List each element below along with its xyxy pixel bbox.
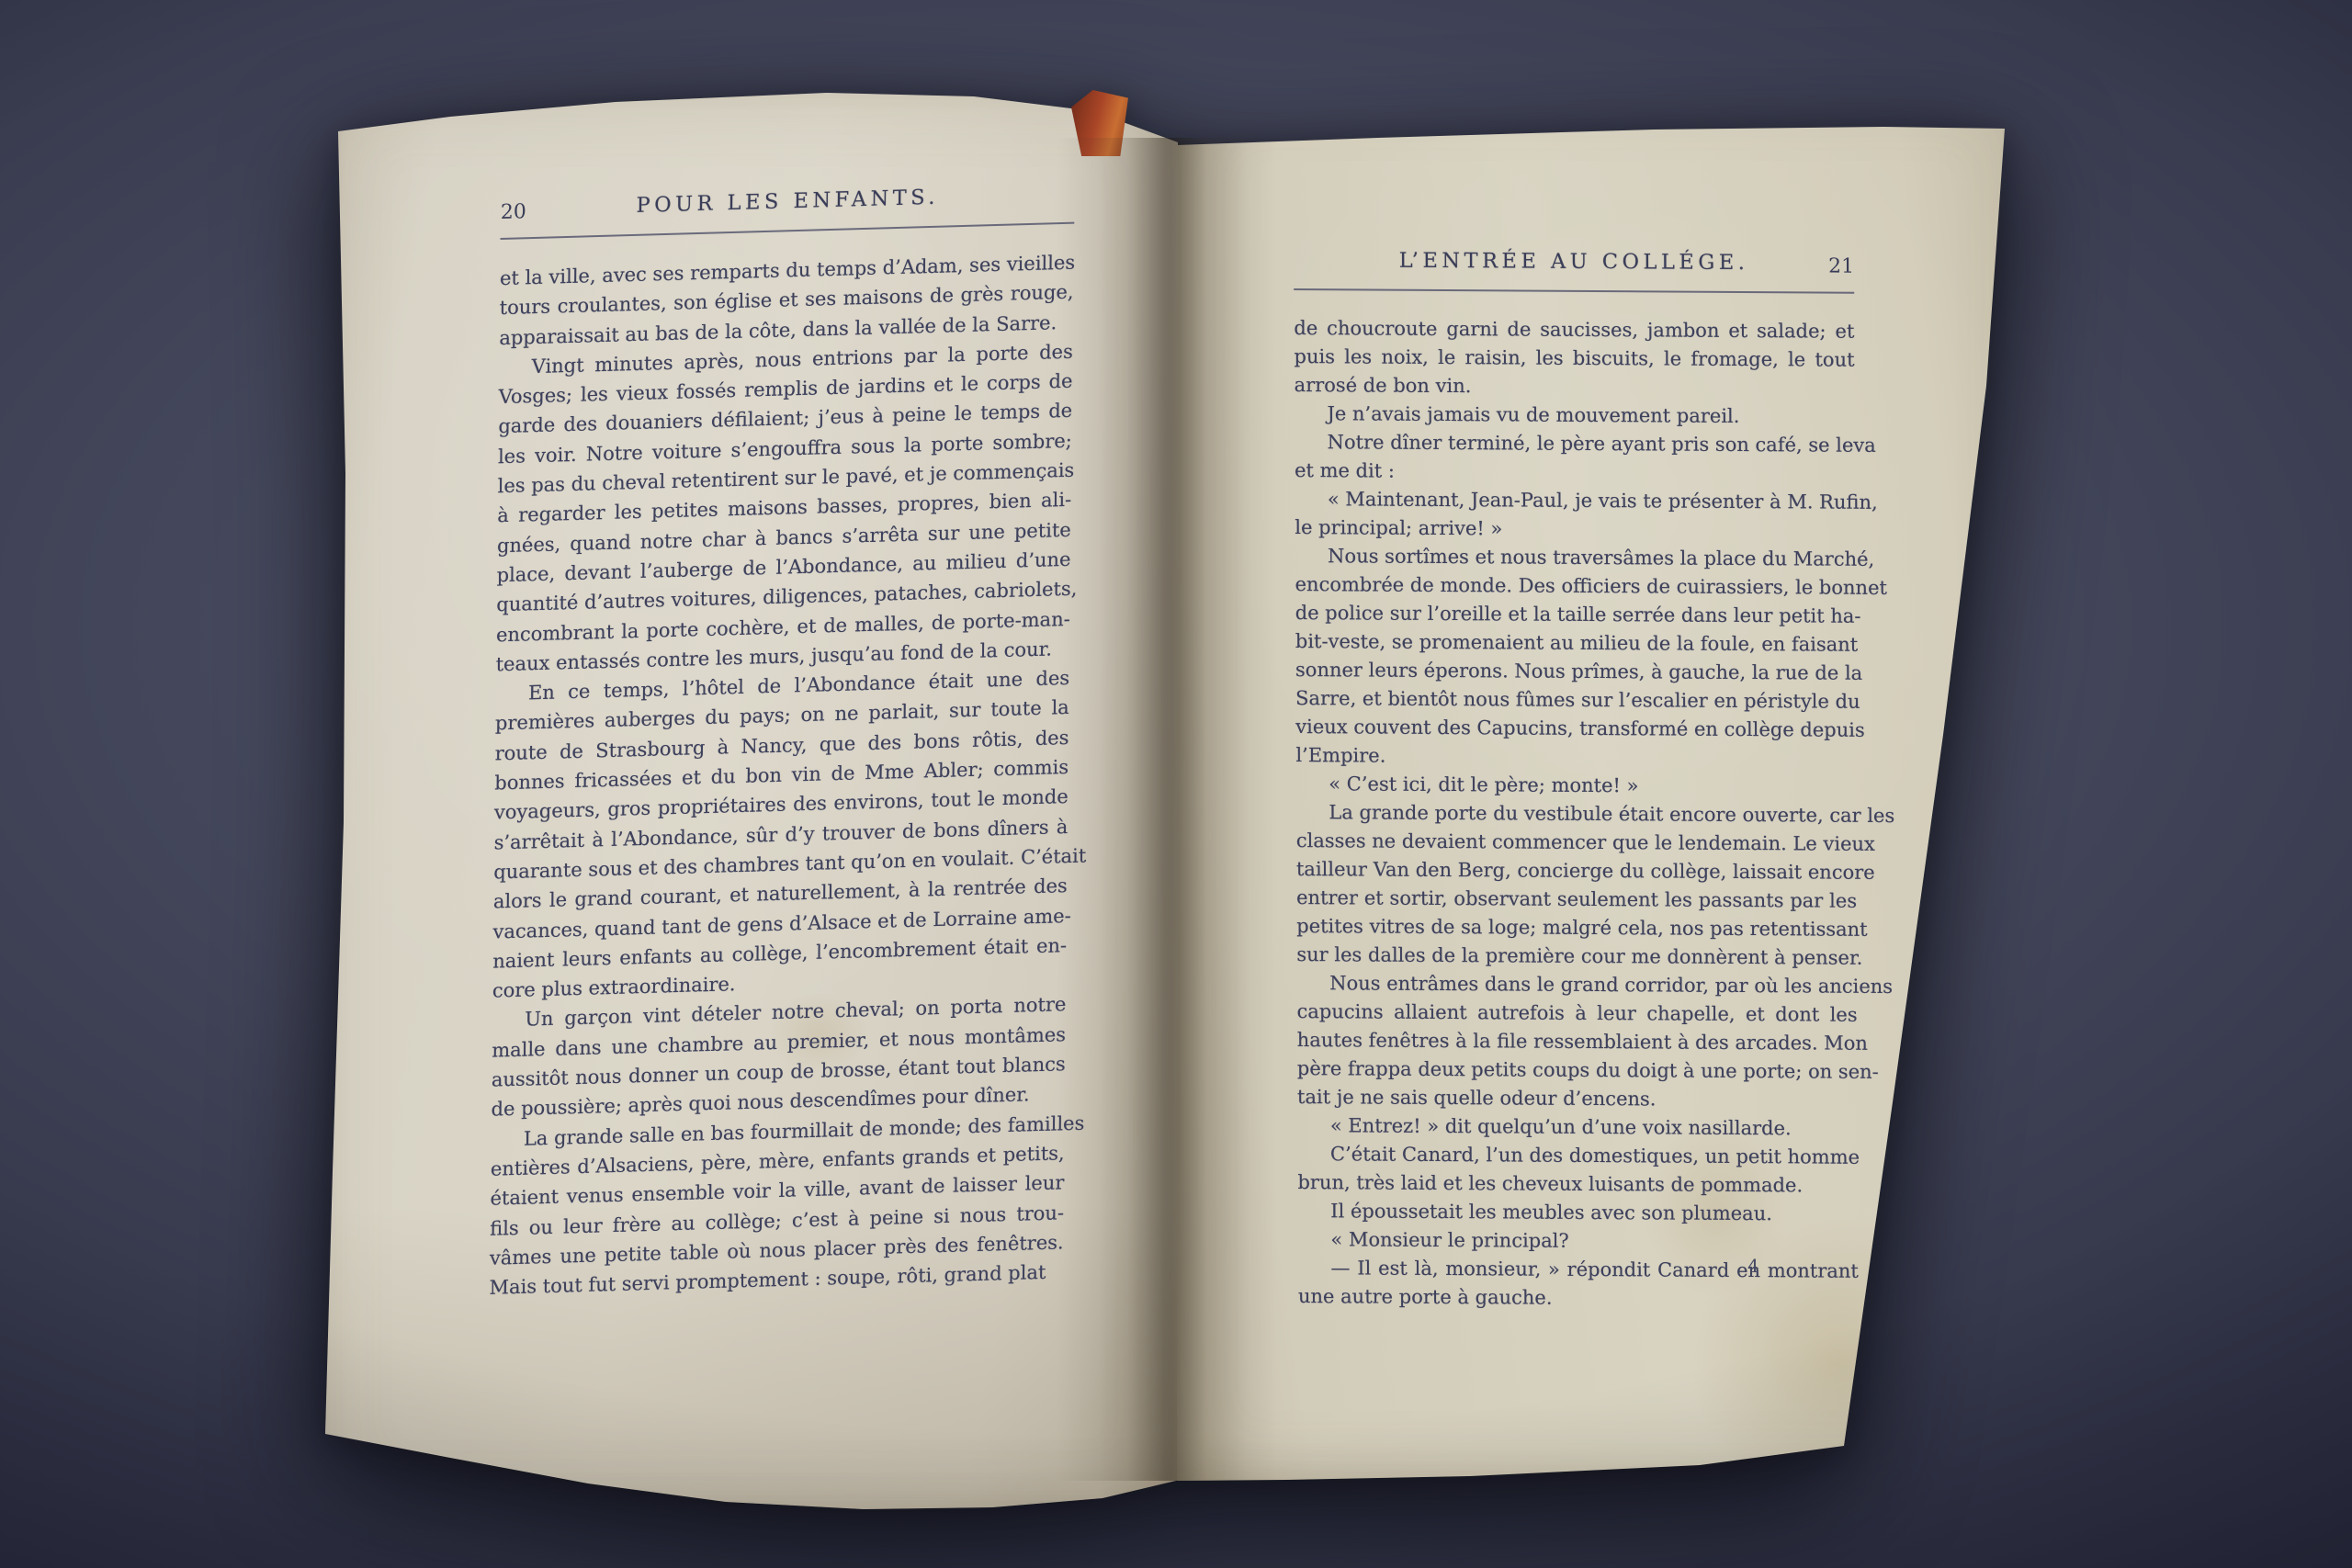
paragraph: En ce temps, l’hôtel de l’Abondance étai…: [492, 663, 1069, 1006]
bookmark-ribbon-icon: [1071, 90, 1128, 156]
text-line: hautes fenêtres à la file ressemblaient …: [1297, 1026, 1858, 1058]
text-line: puis les noix, le raisin, les biscuits, …: [1294, 343, 1854, 375]
paragraph: Je n’avais jamais vu de mouvement pareil…: [1295, 400, 1855, 432]
text-line: de police sur l’oreille et la taille ser…: [1295, 599, 1856, 631]
left-page: 20 POUR LES ENFANTS. et la ville, avec s…: [312, 87, 1185, 1520]
paragraph: Un garçon vint dételer notre cheval; on …: [491, 990, 1066, 1125]
text-line: C’était Canard, l’un des domestiques, un…: [1297, 1140, 1858, 1172]
text-line: — Il est là, monsieur, » répondit Canard…: [1298, 1254, 1859, 1286]
text-line: capucins allaient autrefois à leur chape…: [1297, 998, 1858, 1030]
paragraph: « Entrez! » dit quelqu’un d’une voix nas…: [1297, 1111, 1858, 1144]
right-page-content: 21 L’ENTRÉE AU COLLÉGE. de choucroute ga…: [1294, 248, 1859, 1314]
paragraph: — Il est là, monsieur, » répondit Canard…: [1298, 1254, 1859, 1314]
text-line: tait je ne sais quelle odeur d’encens.: [1297, 1083, 1858, 1115]
paragraph: C’était Canard, l’un des domestiques, un…: [1297, 1140, 1858, 1201]
paragraph: Nous sortîmes et nous traversâmes la pla…: [1295, 542, 1856, 773]
text-line: « Entrez! » dit quelqu’un d’une voix nas…: [1297, 1111, 1858, 1144]
text-line: sur les dalles de la première cour me do…: [1296, 941, 1857, 973]
text-line: vieux couvent des Capucins, transformé e…: [1295, 713, 1856, 745]
text-line: une autre porte à gauche.: [1298, 1282, 1859, 1314]
text-line: La grande porte du vestibule était encor…: [1296, 798, 1857, 830]
left-page-header: 20 POUR LES ENFANTS.: [501, 182, 1075, 229]
right-page-header: 21 L’ENTRÉE AU COLLÉGE.: [1294, 248, 1854, 283]
paragraph: de choucroute garni de saucisses, jambon…: [1294, 314, 1854, 403]
paragraph: « C’est ici, dit le père; monte! »: [1295, 770, 1856, 802]
paragraph: « Monsieur le principal?: [1298, 1225, 1859, 1258]
right-page-number: 21: [1828, 255, 1854, 278]
text-line: encombrée de monde. Des officiers de cui…: [1295, 570, 1856, 603]
paragraph: et la ville, avec ses remparts du temps …: [499, 248, 1074, 353]
text-line: Il époussetait les meubles avec son plum…: [1298, 1197, 1859, 1229]
text-line: et me dit :: [1295, 457, 1855, 489]
open-book-photo: 20 POUR LES ENFANTS. et la ville, avec s…: [0, 0, 2352, 1568]
paragraph: Nous entrâmes dans le grand corridor, pa…: [1296, 969, 1858, 1115]
text-line: bit-veste, se promenaient au milieu de l…: [1295, 627, 1856, 660]
text-line: arrosé de bon vin.: [1295, 371, 1855, 403]
text-line: sonner leurs éperons. Nous prîmes, à gau…: [1295, 656, 1856, 688]
right-page-body: de choucroute garni de saucisses, jambon…: [1294, 314, 1859, 1314]
paragraph: La grande salle en bas fourmillait de mo…: [489, 1109, 1065, 1303]
right-running-title: L’ENTRÉE AU COLLÉGE.: [1294, 248, 1854, 276]
paragraph: « Maintenant, Jean-Paul, je vais te prés…: [1295, 485, 1855, 546]
right-page: 21 L’ENTRÉE AU COLLÉGE. de choucroute ga…: [1169, 81, 2037, 1491]
text-line: brun, très laid et les cheveux luisants …: [1297, 1168, 1858, 1201]
left-page-content: 20 POUR LES ENFANTS. et la ville, avec s…: [489, 182, 1074, 1303]
text-line: Je n’avais jamais vu de mouvement pareil…: [1295, 400, 1855, 432]
paragraph: Notre dîner terminé, le père ayant pris …: [1295, 428, 1855, 489]
paragraph: Il époussetait les meubles avec son plum…: [1298, 1197, 1859, 1229]
text-line: petites vitres de sa loge; malgré cela, …: [1296, 912, 1857, 944]
left-page-number: 20: [501, 200, 526, 224]
text-line: tailleur Van den Berg, concierge du coll…: [1296, 855, 1857, 887]
signature-mark: 4: [1747, 1255, 1759, 1277]
text-line: « Monsieur le principal?: [1298, 1225, 1859, 1258]
text-line: « Maintenant, Jean-Paul, je vais te prés…: [1295, 485, 1855, 517]
text-line: Nous entrâmes dans le grand corridor, pa…: [1296, 969, 1857, 1001]
text-line: père frappa deux petits coups du doigt à…: [1297, 1055, 1858, 1087]
text-line: le principal; arrive! »: [1295, 513, 1855, 546]
left-running-title: POUR LES ENFANTS.: [501, 182, 1075, 221]
text-line: Nous sortîmes et nous traversâmes la pla…: [1295, 542, 1855, 574]
text-line: l’Empire.: [1295, 741, 1856, 773]
text-line: « C’est ici, dit le père; monte! »: [1295, 770, 1856, 802]
paragraph: La grande porte du vestibule était encor…: [1296, 798, 1858, 973]
text-line: de choucroute garni de saucisses, jambon…: [1294, 314, 1854, 346]
text-line: Notre dîner terminé, le père ayant pris …: [1295, 428, 1855, 460]
right-header-rule: [1294, 288, 1854, 294]
paragraph: Vingt minutes après, nous entrions par l…: [496, 337, 1073, 680]
left-page-body: et la ville, avec ses remparts du temps …: [489, 248, 1074, 1303]
text-line: Sarre, et bientôt nous fûmes sur l’escal…: [1295, 684, 1856, 716]
text-line: entrer et sortir, observant seulement le…: [1296, 884, 1857, 916]
text-line: classes ne devaient commencer que le len…: [1296, 827, 1857, 859]
